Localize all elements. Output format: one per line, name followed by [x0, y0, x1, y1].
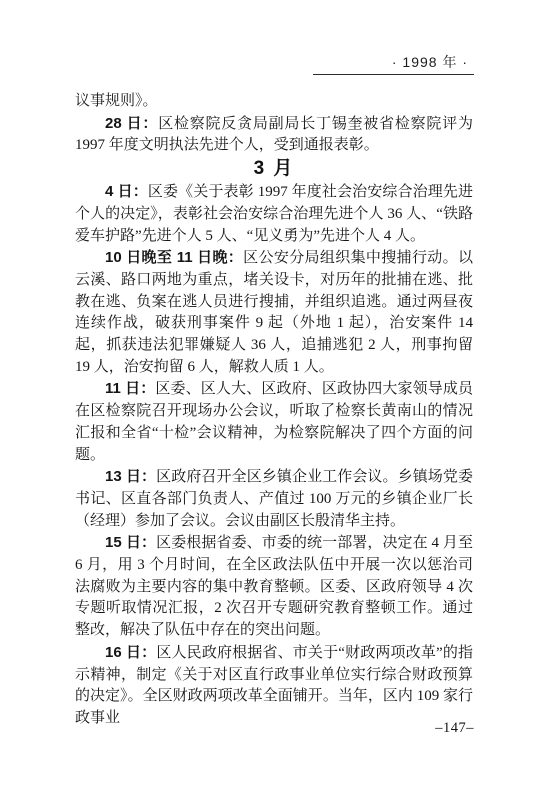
entry-date-label: 28 日： — [105, 115, 158, 132]
entry-date-label: 10 日晚至 11 日晚： — [105, 249, 243, 266]
chronicle-entry: 15 日：区委根据省委、市委的统一部署，决定在 4 月至 6 月，用 3 个月时… — [75, 532, 473, 642]
entry-date-label: 13 日： — [105, 468, 156, 485]
chronicle-entry: 4 日：区委《关于表彰 1997 年度社会治安综合治理先进个人的决定》，表彰社会… — [75, 181, 473, 247]
page-body: 议事规则》。 28 日：区检察院反贪局副局长丁锡奎被省检察院评为 1997 年度… — [75, 91, 473, 730]
entry-date-label: 16 日： — [105, 644, 156, 661]
chronicle-entry: 10 日晚至 11 日晚：区公安分局组织集中搜捕行动。以云溪、路口两地为重点，堵… — [75, 247, 473, 378]
header-rule-divider — [313, 74, 474, 75]
entry-text: 区公安分局组织集中搜捕行动。以云溪、路口两地为重点，堵关设卡，对历年的批捕在逃、… — [75, 250, 473, 375]
chronicle-entry: 13 日：区政府召开全区乡镇企业工作会议。乡镇场党委书记、区直各部门负责人、产值… — [75, 466, 473, 532]
month-section-heading: 3 月 — [75, 157, 473, 181]
entry-date-label: 15 日： — [105, 534, 156, 551]
document-page: · 1998 年 · 议事规则》。 28 日：区检察院反贪局副局长丁锡奎被省检察… — [0, 0, 548, 793]
chronicle-entry: 11 日：区委、区人大、区政府、区政协四大家领导成员在区检察院召开现场办公会议，… — [75, 378, 473, 466]
entry-date-label: 4 日： — [105, 183, 148, 200]
page-number: –147– — [435, 720, 474, 737]
chronicle-entry: 16 日：区人民政府根据省、市关于“财政两项改革”的指示精神，制定《关于对区直行… — [75, 642, 473, 730]
continuation-paragraph: 议事规则》。 — [75, 91, 473, 113]
entry-date-label: 11 日： — [105, 380, 155, 397]
chronicle-entry: 28 日：区检察院反贪局副局长丁锡奎被省检察院评为 1997 年度文明执法先进个… — [75, 113, 473, 157]
running-head-year: · 1998 年 · — [392, 52, 468, 72]
